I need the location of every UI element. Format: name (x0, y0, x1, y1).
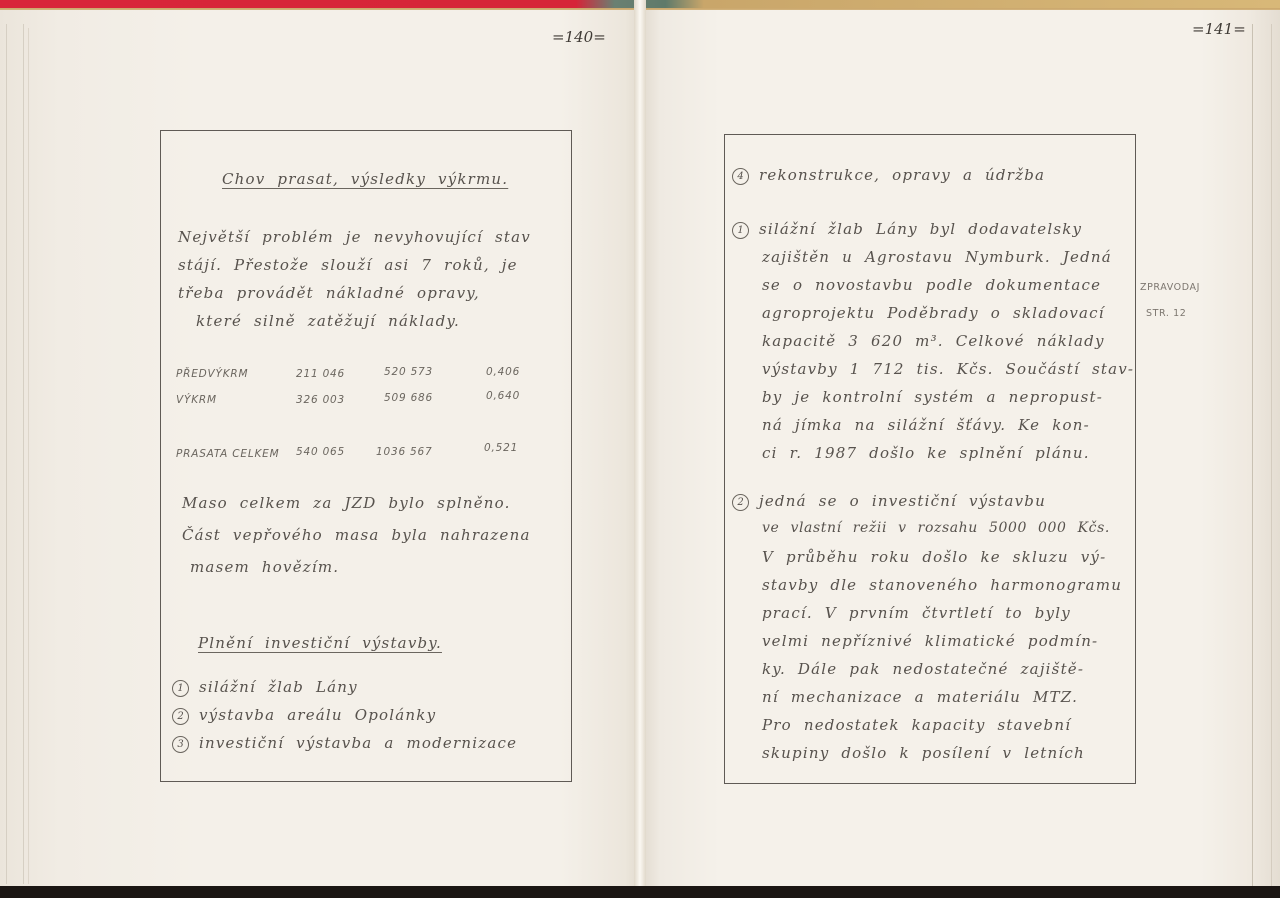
circled-number: 1 (172, 680, 189, 697)
list-item: 4rekonstrukce, opravy a údržba (732, 166, 1045, 185)
list-item-text: silážní žlab Lány (199, 678, 358, 696)
table-cell: 326 003 (296, 394, 345, 406)
heading-pig-farming: Chov prasat, výsledky výkrmu. (222, 170, 508, 188)
page-number-right: =141= (1192, 20, 1246, 38)
table-cell: 211 046 (296, 368, 345, 380)
circled-number: 4 (732, 168, 749, 185)
margin-note: STR. 12 (1146, 308, 1186, 319)
section-line: ky. Dále pak nedostatečné zajiště- (762, 660, 1084, 678)
left-page: =140= Chov prasat, výsledky výkrmu. Nejv… (0, 10, 640, 888)
section-line: ná jímka na silážní šťávy. Ke kon- (762, 416, 1090, 434)
background-surface (0, 886, 1280, 898)
table-cell: 0,406 (486, 366, 520, 378)
table-cell: 540 065 (296, 446, 345, 458)
list-item: 1silážní žlab Lány (172, 678, 358, 697)
list-item-text: investiční výstavba a modernizace (199, 734, 517, 752)
paragraph-line: masem hovězím. (190, 558, 339, 576)
section-line: ci r. 1987 došlo ke splnění plánu. (762, 444, 1090, 462)
table-row-label: PŘEDVÝKRM (176, 368, 248, 380)
section-line: by je kontrolní systém a nepropust- (762, 388, 1103, 406)
table-cell: 520 573 (384, 366, 433, 378)
circled-number: 3 (172, 736, 189, 753)
section-line: zajištěn u Agrostavu Nymburk. Jedná (762, 248, 1112, 266)
paragraph-line: které silně zatěžují náklady. (196, 312, 460, 330)
circled-number: 2 (172, 708, 189, 725)
section-line: agroprojektu Poděbrady o skladovací (762, 304, 1105, 322)
list-item: 2výstavba areálu Opolánky (172, 706, 436, 725)
paragraph-line: Největší problém je nevyhovující stav (178, 228, 531, 246)
section-line: 2jedná se o investiční výstavbu (732, 492, 1046, 511)
section-line: ve vlastní režii v rozsahu 5000 000 Kčs. (762, 520, 1110, 536)
paragraph-line: stájí. Přestože slouží asi 7 roků, je (178, 256, 518, 274)
circled-number: 1 (732, 222, 749, 239)
section-line: se o novostavbu podle dokumentace (762, 276, 1101, 294)
margin-note: ZPRAVODAJ (1140, 282, 1200, 293)
section-line: kapacitě 3 620 m³. Celkové náklady (762, 332, 1105, 350)
section-line: V průběhu roku došlo ke skluzu vý- (762, 548, 1106, 566)
paragraph-line: třeba provádět nákladné opravy, (178, 284, 480, 302)
list-item-text: výstavba areálu Opolánky (199, 706, 436, 724)
table-row-label: VÝKRM (176, 394, 217, 406)
table-row-label: PRASATA CELKEM (176, 448, 279, 460)
list-item-text: rekonstrukce, opravy a údržba (759, 166, 1045, 184)
heading-investment-construction: Plnění investiční výstavby. (198, 634, 442, 652)
list-item: 3investiční výstavba a modernizace (172, 734, 517, 753)
table-cell: 0,521 (484, 442, 518, 454)
section-line: prací. V prvním čtvrtletí to byly (762, 604, 1071, 622)
page-stack-line (28, 28, 29, 884)
page-number-left: =140= (552, 28, 606, 46)
page-stack-edge-right (1252, 24, 1272, 886)
table-cell: 509 686 (384, 392, 433, 404)
paragraph-line: Část vepřového masa byla nahrazena (182, 526, 531, 544)
table-cell: 1036 567 (376, 446, 433, 458)
section-line: ní mechanizace a materiálu MTZ. (762, 688, 1078, 706)
section-line: výstavby 1 712 tis. Kčs. Součástí stav- (762, 360, 1134, 378)
section-line: Pro nedostatek kapacity stavební (762, 716, 1071, 734)
circled-number: 2 (732, 494, 749, 511)
right-page: =141= 4rekonstrukce, opravy a údržba 1si… (640, 10, 1280, 888)
book-gutter (634, 0, 646, 888)
section-line: velmi nepříznivé klimatické podmín- (762, 632, 1098, 650)
page-stack-edge-left (6, 24, 24, 884)
section-line: skupiny došlo k posílení v letních (762, 744, 1085, 762)
section-line: stavby dle stanoveného harmonogramu (762, 576, 1122, 594)
paragraph-line: Maso celkem za JZD bylo splněno. (182, 494, 511, 512)
section-line: 1silážní žlab Lány byl dodavatelsky (732, 220, 1082, 239)
table-cell: 0,640 (486, 390, 520, 402)
